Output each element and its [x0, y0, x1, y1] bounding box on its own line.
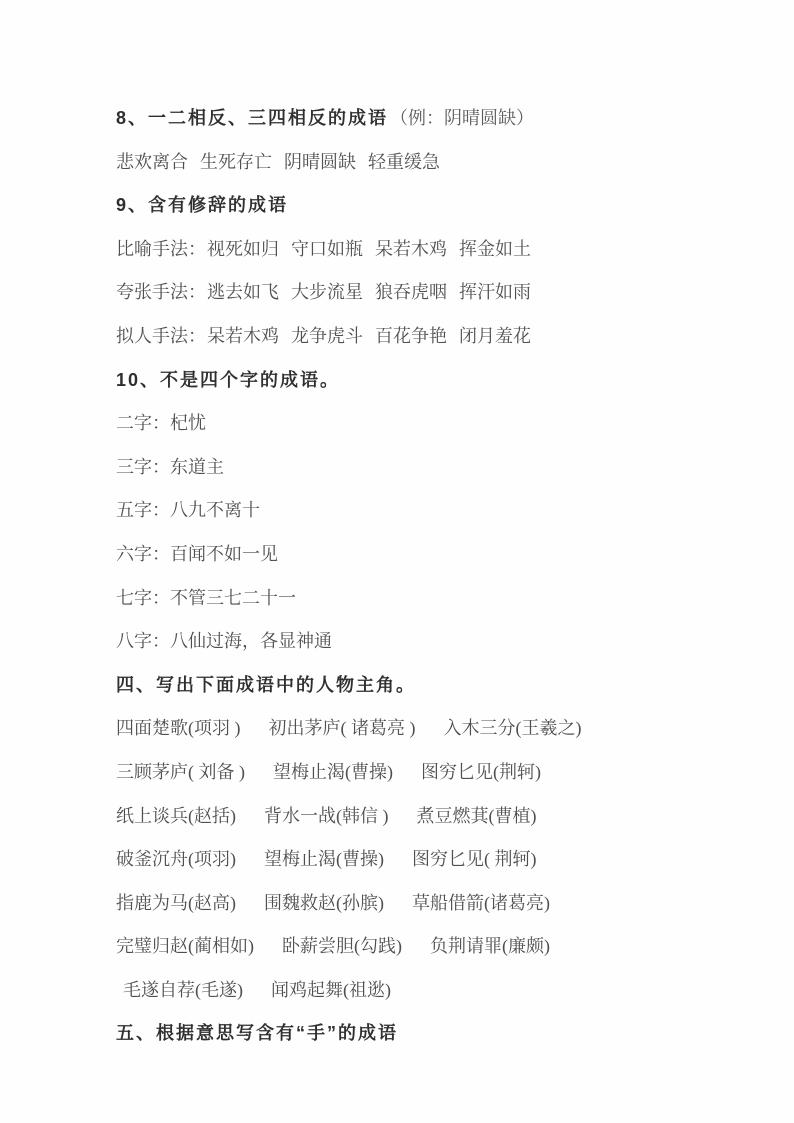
idiom-person: 草船借箭(诸葛亮)	[412, 893, 550, 913]
section-5-heading: 五、根据意思写含有“手”的成语	[116, 1012, 754, 1056]
idiom-person-row: 三顾茅庐( 刘备 )望梅止渴(曹操)图穷匕见(荆轲)	[116, 751, 754, 795]
length-row-seven-char: 七字：不管三七二十一	[116, 577, 754, 621]
idiom-person: 背水一战(韩信 )	[264, 806, 389, 826]
section-8: 8、一二相反、三四相反的成语（例：阴晴圆缺） 悲欢离合生死存亡阴晴圆缺轻重缓急	[116, 97, 754, 184]
idiom: 呆若木鸡	[375, 239, 447, 259]
idiom-person-row: 四面楚歌(项羽 )初出茅庐( 诸葛亮 )入木三分(王羲之)	[116, 707, 754, 751]
idiom-person: 纸上谈兵(赵括)	[116, 806, 236, 826]
idiom-person: 入木三分(王羲之)	[444, 718, 582, 738]
section-9-title: 9、含有修辞的成语	[116, 195, 288, 215]
idiom-person: 破釜沉舟(项羽)	[116, 849, 236, 869]
idiom-person-row: 破釜沉舟(项羽)望梅止渴(曹操)图穷匕见( 荆轲)	[116, 838, 754, 882]
section-8-heading: 8、一二相反、三四相反的成语（例：阴晴圆缺）	[116, 97, 754, 141]
worksheet-page: 8、一二相反、三四相反的成语（例：阴晴圆缺） 悲欢离合生死存亡阴晴圆缺轻重缓急 …	[0, 0, 794, 1123]
idiom-person: 闻鸡起舞(祖逖)	[271, 980, 391, 1000]
length-row-six-char: 六字：百闻不如一见	[116, 533, 754, 577]
idiom: 百花争艳	[375, 326, 447, 346]
idiom-entry: 六字：百闻不如一见	[116, 544, 278, 564]
idiom-entry: 七字：不管三七二十一	[116, 588, 296, 608]
rhetoric-row-personification: 拟人手法：呆若木鸡龙争虎斗百花争艳闭月羞花	[116, 315, 754, 359]
length-row-three-char: 三字：东道主	[116, 446, 754, 490]
section-9-heading: 9、含有修辞的成语	[116, 184, 754, 228]
section-8-idiom-line: 悲欢离合生死存亡阴晴圆缺轻重缓急	[116, 141, 754, 185]
idiom: 狼吞虎咽	[375, 282, 447, 302]
idiom-person: 望梅止渴(曹操)	[264, 849, 384, 869]
idiom: 阴晴圆缺	[284, 152, 356, 172]
idiom-person-row: 毛遂自荐(毛遂)闻鸡起舞(祖逖)	[116, 969, 754, 1013]
row-label: 拟人手法：	[116, 326, 206, 346]
idiom: 守口如瓶	[291, 239, 363, 259]
idiom: 视死如归	[207, 239, 279, 259]
idiom: 挥金如土	[459, 239, 531, 259]
section-5: 五、根据意思写含有“手”的成语	[116, 1012, 754, 1056]
section-9: 9、含有修辞的成语 比喻手法：视死如归守口如瓶呆若木鸡挥金如土 夸张手法：逃去如…	[116, 184, 754, 358]
idiom: 逃去如飞	[207, 282, 279, 302]
section-10: 10、不是四个字的成语。 二字：杞忧 三字：东道主 五字：八九不离十 六字：百闻…	[116, 359, 754, 664]
idiom-entry: 二字：杞忧	[116, 413, 206, 433]
idiom-person: 完璧归赵(蔺相如)	[116, 936, 254, 956]
idiom-entry: 五字：八九不离十	[116, 500, 260, 520]
idiom: 挥汗如雨	[459, 282, 531, 302]
row-label: 比喻手法：	[116, 239, 206, 259]
idiom-person: 指鹿为马(赵高)	[116, 893, 236, 913]
idiom-person: 四面楚歌(项羽 )	[116, 718, 241, 738]
section-10-heading: 10、不是四个字的成语。	[116, 359, 754, 403]
idiom-person: 图穷匕见(荆轲)	[421, 762, 541, 782]
idiom: 悲欢离合	[116, 152, 188, 172]
idiom-person: 煮豆燃萁(曹植)	[417, 806, 537, 826]
idiom: 大步流星	[291, 282, 363, 302]
idiom-person: 三顾茅庐( 刘备 )	[116, 762, 245, 782]
length-row-two-char: 二字：杞忧	[116, 402, 754, 446]
idiom: 呆若木鸡	[207, 326, 279, 346]
idiom-person: 卧薪尝胆(勾践)	[282, 936, 402, 956]
rhetoric-row-hyperbole: 夸张手法：逃去如飞大步流星狼吞虎咽挥汗如雨	[116, 271, 754, 315]
idiom-person: 望梅止渴(曹操)	[273, 762, 393, 782]
section-4-title: 四、写出下面成语中的人物主角。	[116, 675, 416, 695]
section-5-title: 五、根据意思写含有“手”的成语	[116, 1023, 398, 1043]
idiom-person: 负荆请罪(廉颇)	[430, 936, 550, 956]
section-4: 四、写出下面成语中的人物主角。 四面楚歌(项羽 )初出茅庐( 诸葛亮 )入木三分…	[116, 664, 754, 1013]
idiom-entry: 八字：八仙过海，各显神通	[116, 631, 332, 651]
section-4-heading: 四、写出下面成语中的人物主角。	[116, 664, 754, 708]
section-8-title: 8、一二相反、三四相反的成语	[116, 108, 388, 128]
idiom-person-row: 纸上谈兵(赵括)背水一战(韩信 )煮豆燃萁(曹植)	[116, 795, 754, 839]
idiom: 闭月羞花	[459, 326, 531, 346]
idiom-person: 图穷匕见( 荆轲)	[412, 849, 537, 869]
row-label: 夸张手法：	[116, 282, 206, 302]
rhetoric-row-metaphor: 比喻手法：视死如归守口如瓶呆若木鸡挥金如土	[116, 228, 754, 272]
idiom: 轻重缓急	[368, 152, 440, 172]
section-8-example-note: （例：阴晴圆缺）	[390, 108, 534, 128]
length-row-eight-char: 八字：八仙过海，各显神通	[116, 620, 754, 664]
idiom-person: 初出茅庐( 诸葛亮 )	[269, 718, 416, 738]
idiom-entry: 三字：东道主	[116, 457, 224, 477]
idiom: 生死存亡	[200, 152, 272, 172]
idiom-person: 毛遂自荐(毛遂)	[123, 980, 243, 1000]
length-row-five-char: 五字：八九不离十	[116, 489, 754, 533]
section-10-title: 10、不是四个字的成语。	[116, 370, 340, 390]
idiom: 龙争虎斗	[291, 326, 363, 346]
idiom-person-row: 指鹿为马(赵高)围魏救赵(孙膑)草船借箭(诸葛亮)	[116, 882, 754, 926]
idiom-person-row: 完璧归赵(蔺相如)卧薪尝胆(勾践)负荆请罪(廉颇)	[116, 925, 754, 969]
idiom-person: 围魏救赵(孙膑)	[264, 893, 384, 913]
